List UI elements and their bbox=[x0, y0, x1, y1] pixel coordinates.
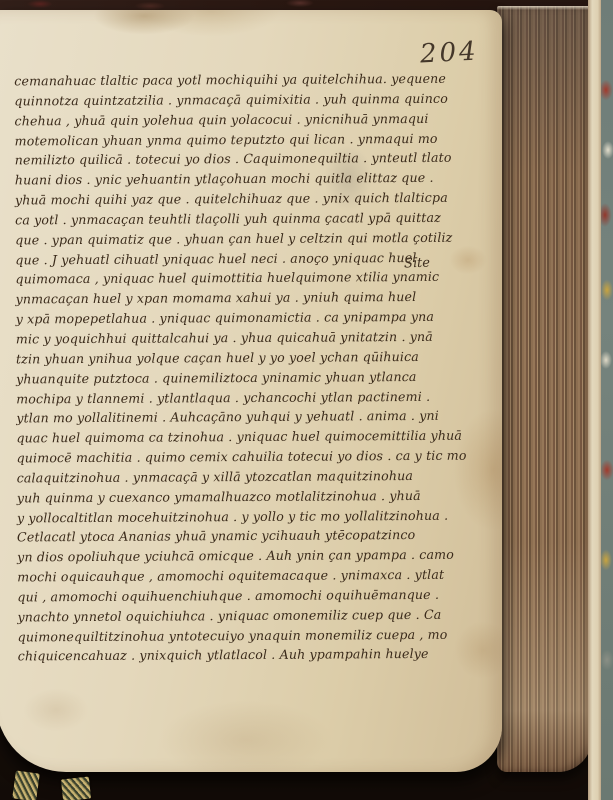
text-line: tzin yhuan ynihua yolque caçan huel y yo… bbox=[16, 346, 482, 369]
text-line: quimocē machitia . quimo cemix cahuilia … bbox=[16, 446, 482, 469]
text-line: yhuanquite putztoca . quinemiliztoca yni… bbox=[16, 366, 482, 389]
endband-ribbon-right bbox=[61, 777, 91, 800]
book-fore-edge-pages bbox=[497, 6, 592, 772]
text-line: yuh quinma y cuexanco ymamalhuazco motla… bbox=[17, 485, 483, 508]
text-line: cemanahuac tlaltic paca yotl mochiquihi … bbox=[14, 69, 480, 92]
text-line: yhuā mochi quihi yaz que . quitelchihuaz… bbox=[15, 188, 481, 211]
text-line: quinnotza quintzatzilia . ynmacaçā quimi… bbox=[14, 88, 480, 111]
marbled-endpaper-strip bbox=[601, 0, 613, 800]
text-line: que . ypan quimatiz que . yhuan çan huel… bbox=[15, 227, 481, 250]
flyleaf-edge bbox=[588, 0, 602, 800]
manuscript-text: cemanahuac tlaltic paca yotl mochiquihi … bbox=[14, 69, 484, 667]
endband-ribbon-left bbox=[12, 770, 40, 800]
folio-number: 204 bbox=[419, 36, 479, 69]
text-line: qui , amomochi oquihuenchiuhque . amomoc… bbox=[17, 585, 483, 608]
manuscript-page: 204 cemanahuac tlaltic paca yotl mochiqu… bbox=[0, 10, 502, 772]
text-line: ca yotl . ynmacaçan teuhtli tlaçolli yuh… bbox=[15, 207, 481, 230]
text-line: calaquitzinohua . ynmacaçā y xillā ytozc… bbox=[17, 465, 483, 488]
text-line: ynachto ynnetol oquichiuhca . yniquac om… bbox=[17, 604, 483, 627]
margin-note: Sīte bbox=[404, 256, 430, 272]
text-line: mochi oquicauhque , amomochi oquitemacaq… bbox=[17, 565, 483, 588]
manuscript-photo: 204 cemanahuac tlaltic paca yotl mochiqu… bbox=[0, 0, 613, 800]
text-line: chiquicencahuaz . ynixquich ytlatlacol .… bbox=[18, 644, 484, 667]
text-line: chehua , yhuā quin yolehua quin yolacocu… bbox=[14, 108, 480, 131]
text-line: mic y yoquichhui quittalcahui ya . yhua … bbox=[16, 327, 482, 350]
